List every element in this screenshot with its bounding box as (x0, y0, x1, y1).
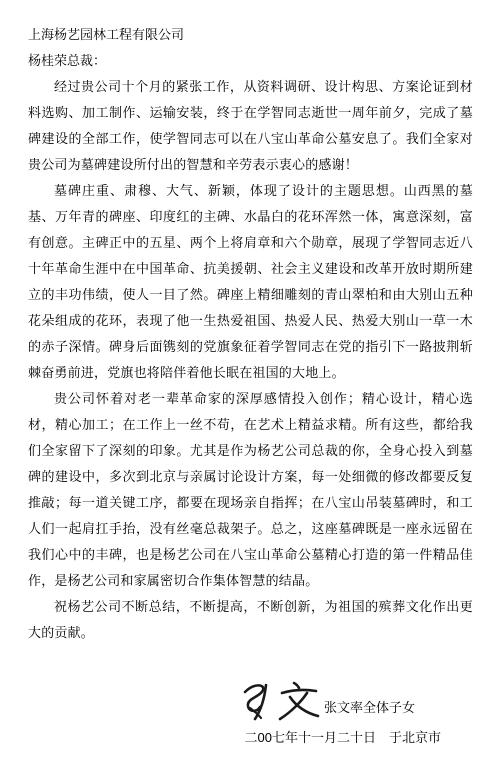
handwritten-signature-icon (238, 680, 322, 722)
signer-name-line: 张文率全体子女 (324, 700, 415, 716)
body-paragraph-2: 墓碑庄重、肃穆、大气、新颖，体现了设计的主题思想。山西黑的墓基、万年青的碑座、印… (28, 178, 473, 386)
signature-row: 张文率全体子女 (28, 680, 473, 716)
body-paragraph-1: 经过贵公司十个月的紧张工作，从资料调研、设计构思、方案论证到材料选购、加工制作、… (28, 74, 473, 178)
salutation-line: 杨桂荣总裁： (28, 48, 473, 74)
recipient-company-line: 上海杨艺园林工程有限公司 (28, 22, 473, 48)
body-paragraph-4: 祝杨艺公司不断总结，不断提高，不断创新，为祖国的殡葬文化作出更大的贡献。 (28, 594, 473, 646)
letter-page: 上海杨艺园林工程有限公司 杨桂荣总裁： 经过贵公司十个月的紧张工作，从资料调研、… (0, 0, 501, 770)
body-paragraph-3: 贵公司怀着对老一辈革命家的深厚感情投入创作；精心设计，精心选材，精心加工；在工作… (28, 386, 473, 594)
date-line: 二00七年十一月二十日 于北京市 (28, 730, 473, 746)
